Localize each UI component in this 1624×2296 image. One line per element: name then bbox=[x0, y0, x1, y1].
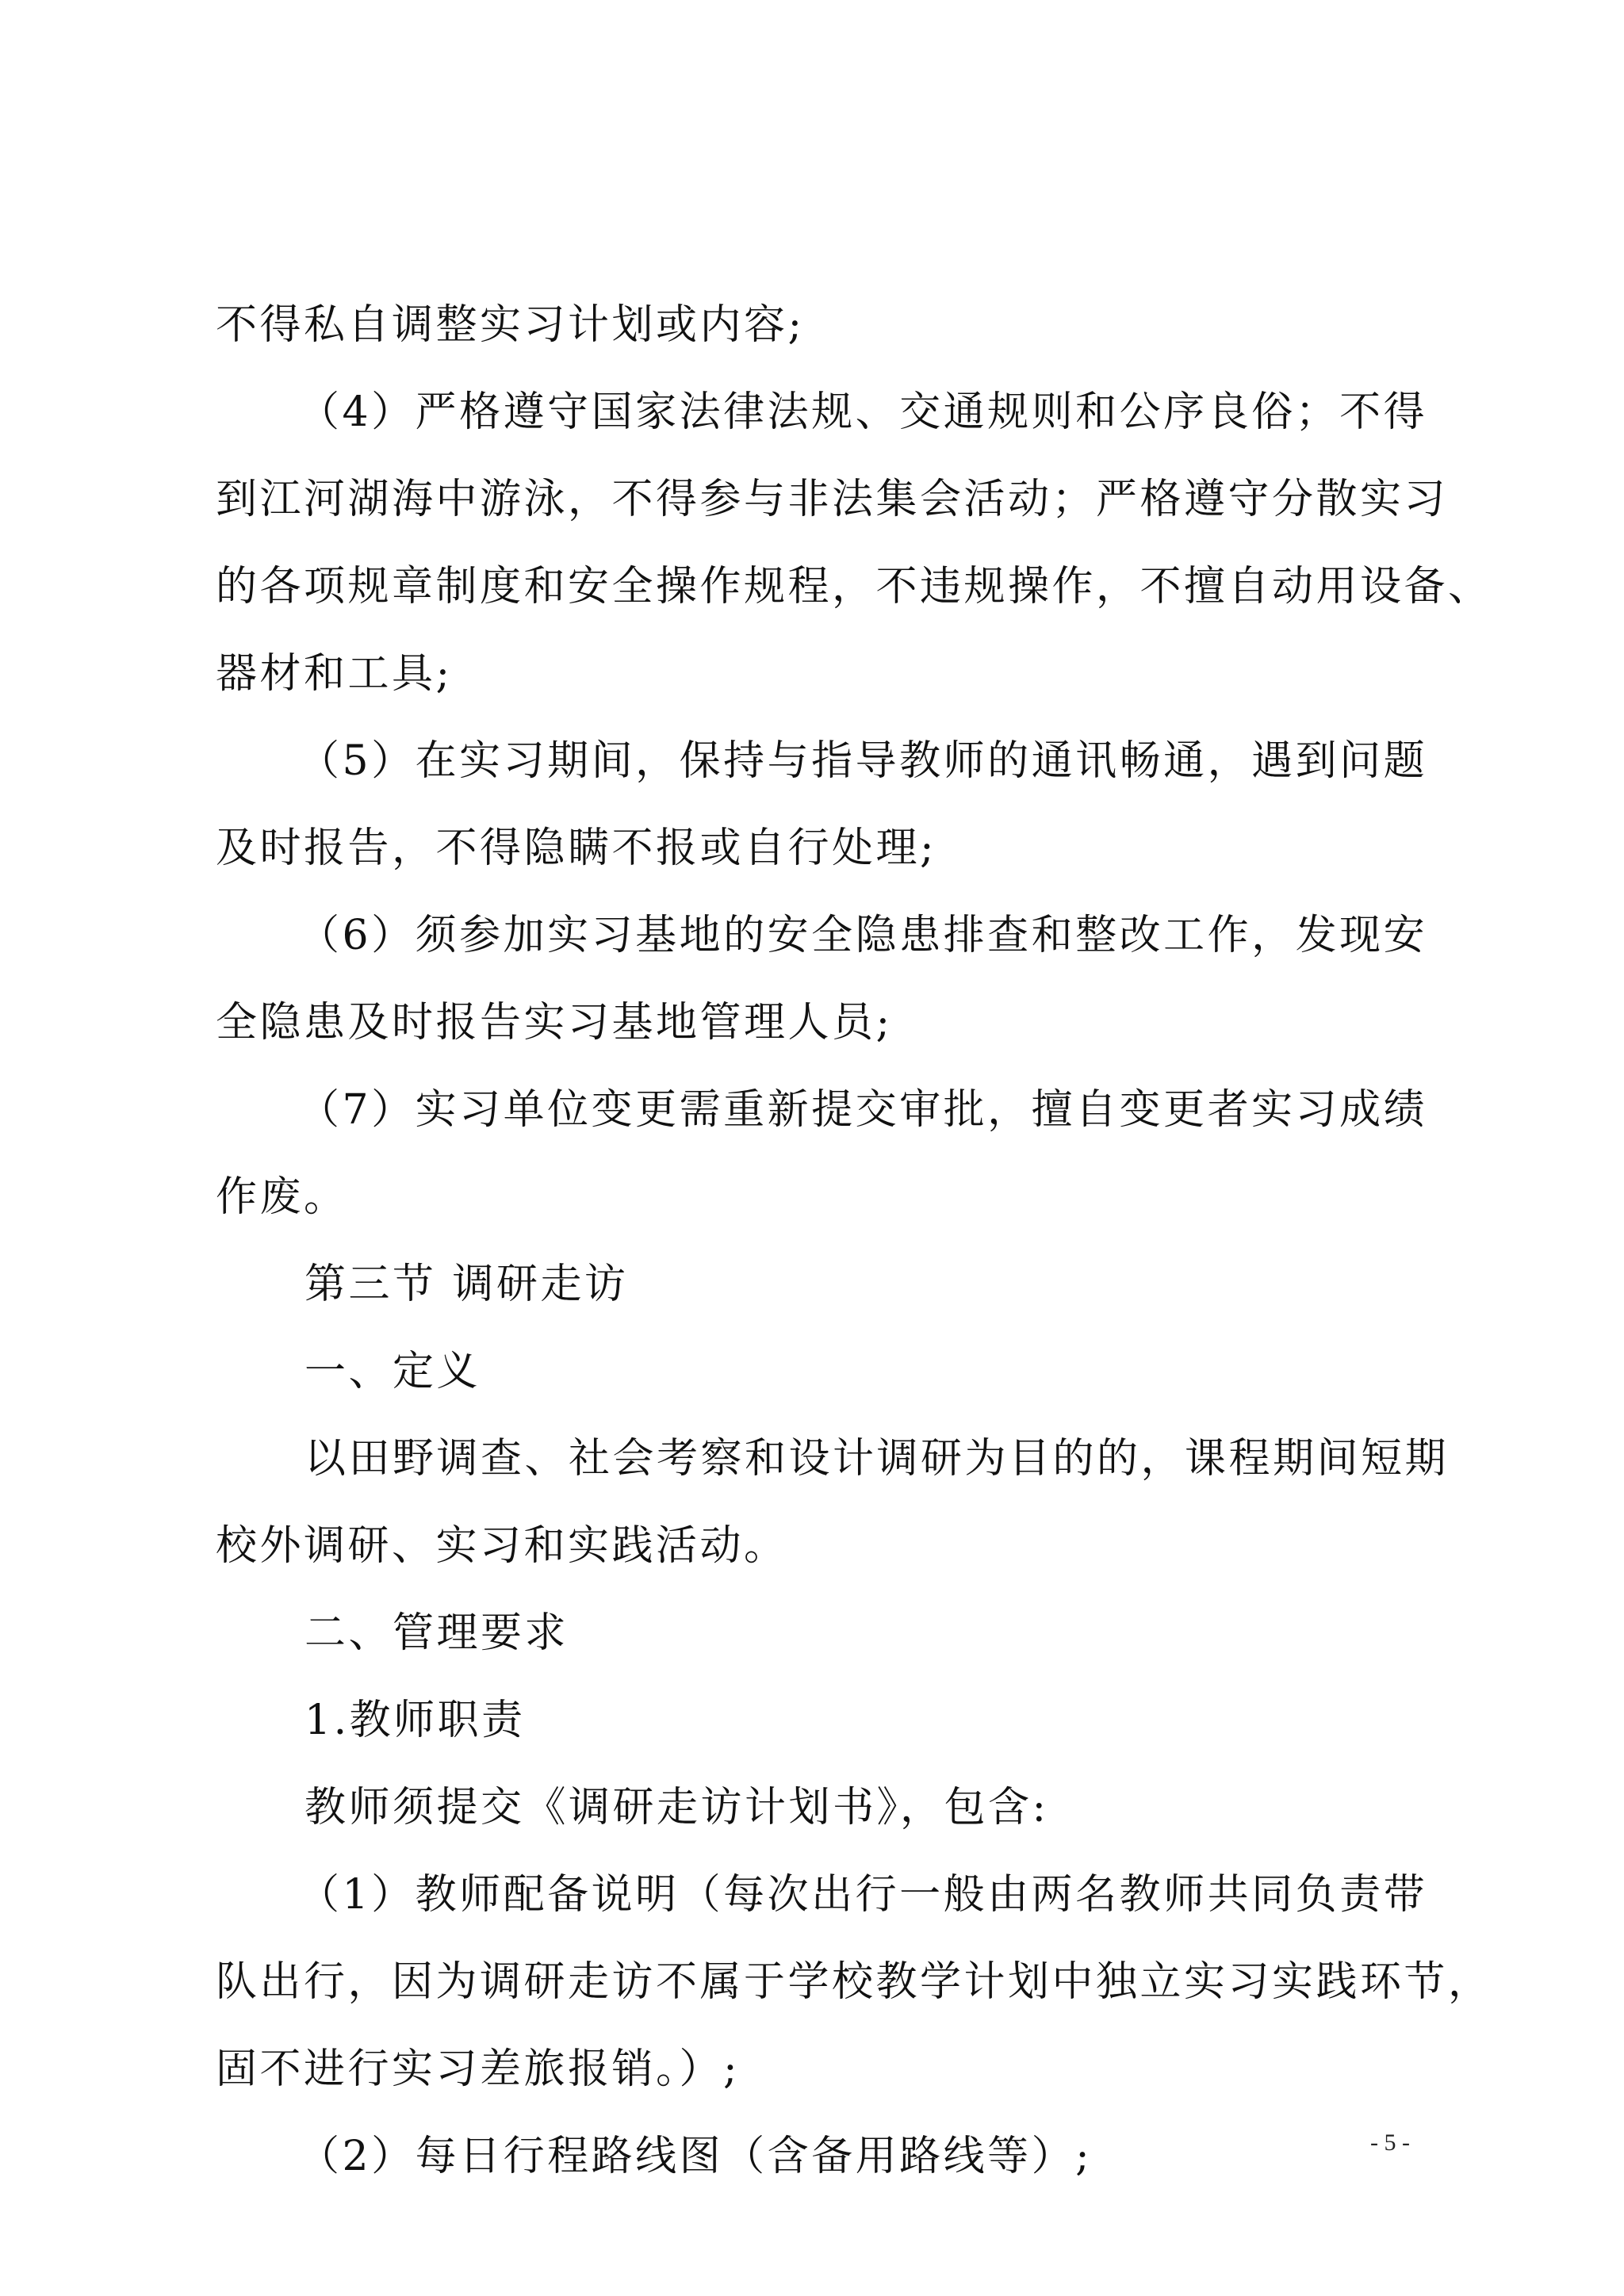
text-line: 到江河湖海中游泳，不得参与非法集会活动；严格遵守分散实习 bbox=[216, 465, 1405, 552]
text-line: 及时报告，不得隐瞒不报或自行处理; bbox=[216, 813, 1405, 901]
list-item-2: （2）每日行程路线图（含备用路线等）; bbox=[216, 2122, 1405, 2209]
text-line: 固不进行实习差旅报销。）; bbox=[216, 2034, 1405, 2122]
list-item-4: （4）严格遵守国家法律法规、交通规则和公序良俗；不得 bbox=[216, 377, 1405, 465]
list-item-6: （6）须参加实习基地的安全隐患排查和整改工作，发现安 bbox=[216, 901, 1405, 988]
text-line: 不得私自调整实习计划或内容; bbox=[216, 290, 1405, 377]
document-page: 不得私自调整实习计划或内容; （4）严格遵守国家法律法规、交通规则和公序良俗；不… bbox=[0, 0, 1624, 2296]
subheading-definition: 一、定义 bbox=[216, 1337, 1405, 1424]
section-heading: 第三节 调研走访 bbox=[216, 1249, 1405, 1337]
text-line: 队出行，因为调研走访不属于学校教学计划中独立实习实践环节， bbox=[216, 1947, 1405, 2034]
subheading-management: 二、管理要求 bbox=[216, 1598, 1405, 1686]
list-item-1: （1）教师配备说明（每次出行一般由两名教师共同负责带 bbox=[216, 1860, 1405, 1947]
page-number: - 5 - bbox=[1370, 2130, 1410, 2156]
list-item-5: （5）在实习期间，保持与指导教师的通讯畅通，遇到问题 bbox=[216, 726, 1405, 813]
document-body: 不得私自调整实习计划或内容; （4）严格遵守国家法律法规、交通规则和公序良俗；不… bbox=[216, 290, 1405, 2209]
text-line: 器材和工具; bbox=[216, 639, 1405, 726]
text-line: 作废。 bbox=[216, 1162, 1405, 1249]
text-line: 全隐患及时报告实习基地管理人员; bbox=[216, 988, 1405, 1075]
text-line: 的各项规章制度和安全操作规程，不违规操作，不擅自动用设备、 bbox=[216, 552, 1405, 639]
paragraph-plan: 教师须提交《调研走访计划书》，包含: bbox=[216, 1773, 1405, 1860]
definition-paragraph: 以田野调查、社会考察和设计调研为目的的，课程期间短期 bbox=[216, 1424, 1405, 1511]
list-item-7: （7）实习单位变更需重新提交审批，擅自变更者实习成绩 bbox=[216, 1075, 1405, 1162]
text-line: 校外调研、实习和实践活动。 bbox=[216, 1511, 1405, 1598]
subheading-teacher-duties: 1.教师职责 bbox=[216, 1686, 1405, 1773]
